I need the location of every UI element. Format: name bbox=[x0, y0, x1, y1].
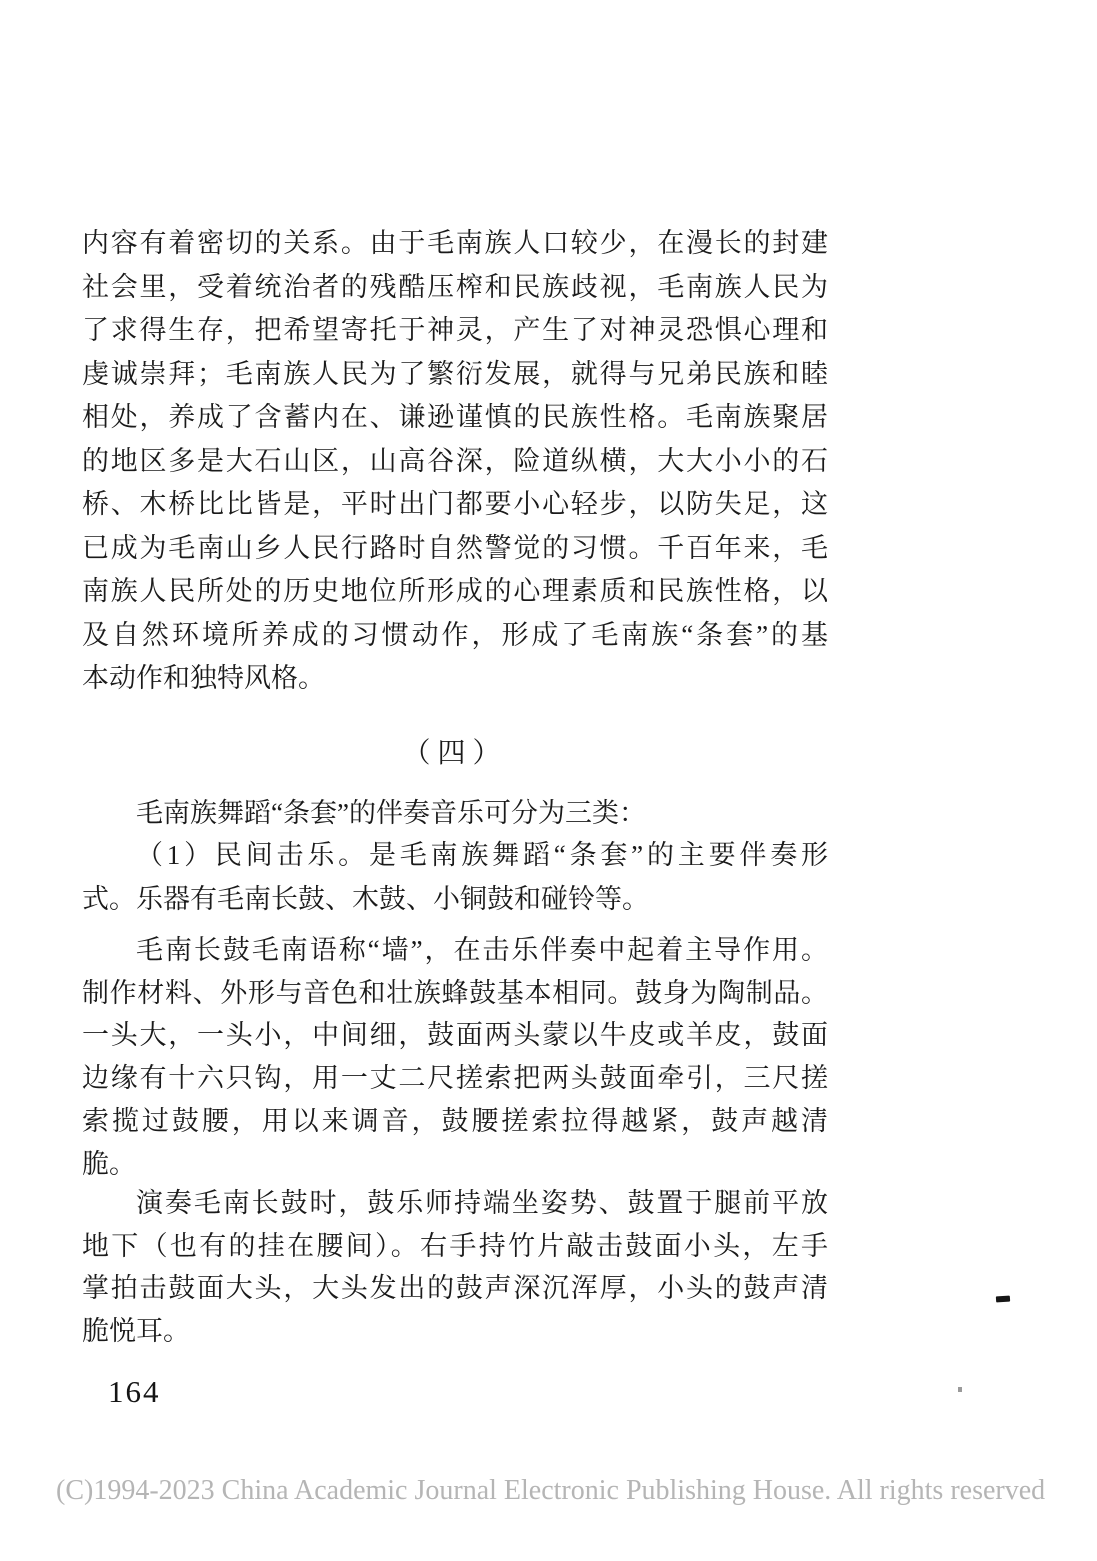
text-line: 已成为毛南山乡人民行路时自然警觉的习惯。千百年来，毛 bbox=[82, 527, 828, 571]
text-line: 相处，养成了含蓄内在、谦逊谨慎的民族性格。毛南族聚居 bbox=[82, 396, 828, 440]
text-line: 演奏毛南长鼓时，鼓乐师持端坐姿势、鼓置于腿前平放 bbox=[82, 1182, 828, 1225]
text-line: 掌拍击鼓面大头，大头发出的鼓声深沉浑厚，小头的鼓声清 bbox=[82, 1267, 828, 1310]
text-line: 社会里，受着统治者的残酷压榨和民族歧视，毛南族人民为 bbox=[82, 266, 828, 310]
publisher-watermark: (C)1994-2023 China Academic Journal Elec… bbox=[56, 1474, 1045, 1508]
section-heading: （四） bbox=[82, 732, 828, 776]
text-line: 边缘有十六只钩，用一丈二尺搓索把两头鼓面牵引，三尺搓 bbox=[82, 1057, 828, 1100]
scan-speck bbox=[958, 1387, 962, 1392]
scanned-document-page: 内容有着密切的关系。由于毛南族人口较少，在漫长的封建 社会里，受着统治者的残酷压… bbox=[0, 0, 1097, 1561]
text-line: 内容有着密切的关系。由于毛南族人口较少，在漫长的封建 bbox=[82, 222, 828, 266]
text-line: 桥、木桥比比皆是，平时出门都要小心轻步，以防失足，这 bbox=[82, 483, 828, 527]
text-line: 地下（也有的挂在腰间）。右手持竹片敲击鼓面小头，左手 bbox=[82, 1225, 828, 1268]
paragraph-1: 内容有着密切的关系。由于毛南族人口较少，在漫长的封建 社会里，受着统治者的残酷压… bbox=[82, 222, 828, 701]
text-line: 一头大，一头小，中间细，鼓面两头蒙以牛皮或羊皮，鼓面 bbox=[82, 1014, 828, 1057]
text-line: 索揽过鼓腰，用以来调音，鼓腰搓索拉得越紧，鼓声越清 bbox=[82, 1100, 828, 1143]
text-line: 毛南族舞蹈“条套”的伴奏音乐可分为三类： bbox=[82, 792, 828, 836]
text-line: 及自然环境所养成的习惯动作，形成了毛南族“条套”的基 bbox=[82, 614, 828, 658]
page-number: 164 bbox=[108, 1372, 161, 1412]
paragraph-2: 毛南族舞蹈“条套”的伴奏音乐可分为三类： bbox=[82, 792, 828, 836]
text-line: 的地区多是大石山区，山高谷深，险道纵横，大大小小的石 bbox=[82, 440, 828, 484]
text-line: 制作材料、外形与音色和壮族蜂鼓基本相同。鼓身为陶制品。 bbox=[82, 972, 828, 1015]
text-line: 虔诚崇拜；毛南族人民为了繁衍发展，就得与兄弟民族和睦 bbox=[82, 353, 828, 397]
text-line: 脆悦耳。 bbox=[82, 1310, 828, 1353]
text-line: 式。乐器有毛南长鼓、木鼓、小铜鼓和碰铃等。 bbox=[82, 878, 828, 922]
text-line: （1）民间击乐。是毛南族舞蹈“条套”的主要伴奏形 bbox=[82, 834, 828, 878]
paragraph-3: （1）民间击乐。是毛南族舞蹈“条套”的主要伴奏形 式。乐器有毛南长鼓、木鼓、小铜… bbox=[82, 834, 828, 921]
text-line: 毛南长鼓毛南语称“墙”，在击乐伴奏中起着主导作用。 bbox=[82, 929, 828, 972]
ink-smudge-dash bbox=[996, 1296, 1010, 1303]
paragraph-4: 毛南长鼓毛南语称“墙”，在击乐伴奏中起着主导作用。 制作材料、外形与音色和壮族蜂… bbox=[82, 929, 828, 1185]
text-line: 本动作和独特风格。 bbox=[82, 657, 828, 701]
text-line: 脆。 bbox=[82, 1143, 828, 1186]
paragraph-5: 演奏毛南长鼓时，鼓乐师持端坐姿势、鼓置于腿前平放 地下（也有的挂在腰间）。右手持… bbox=[82, 1182, 828, 1353]
text-line: 南族人民所处的历史地位所形成的心理素质和民族性格，以 bbox=[82, 570, 828, 614]
text-line: 了求得生存，把希望寄托于神灵，产生了对神灵恐惧心理和 bbox=[82, 309, 828, 353]
